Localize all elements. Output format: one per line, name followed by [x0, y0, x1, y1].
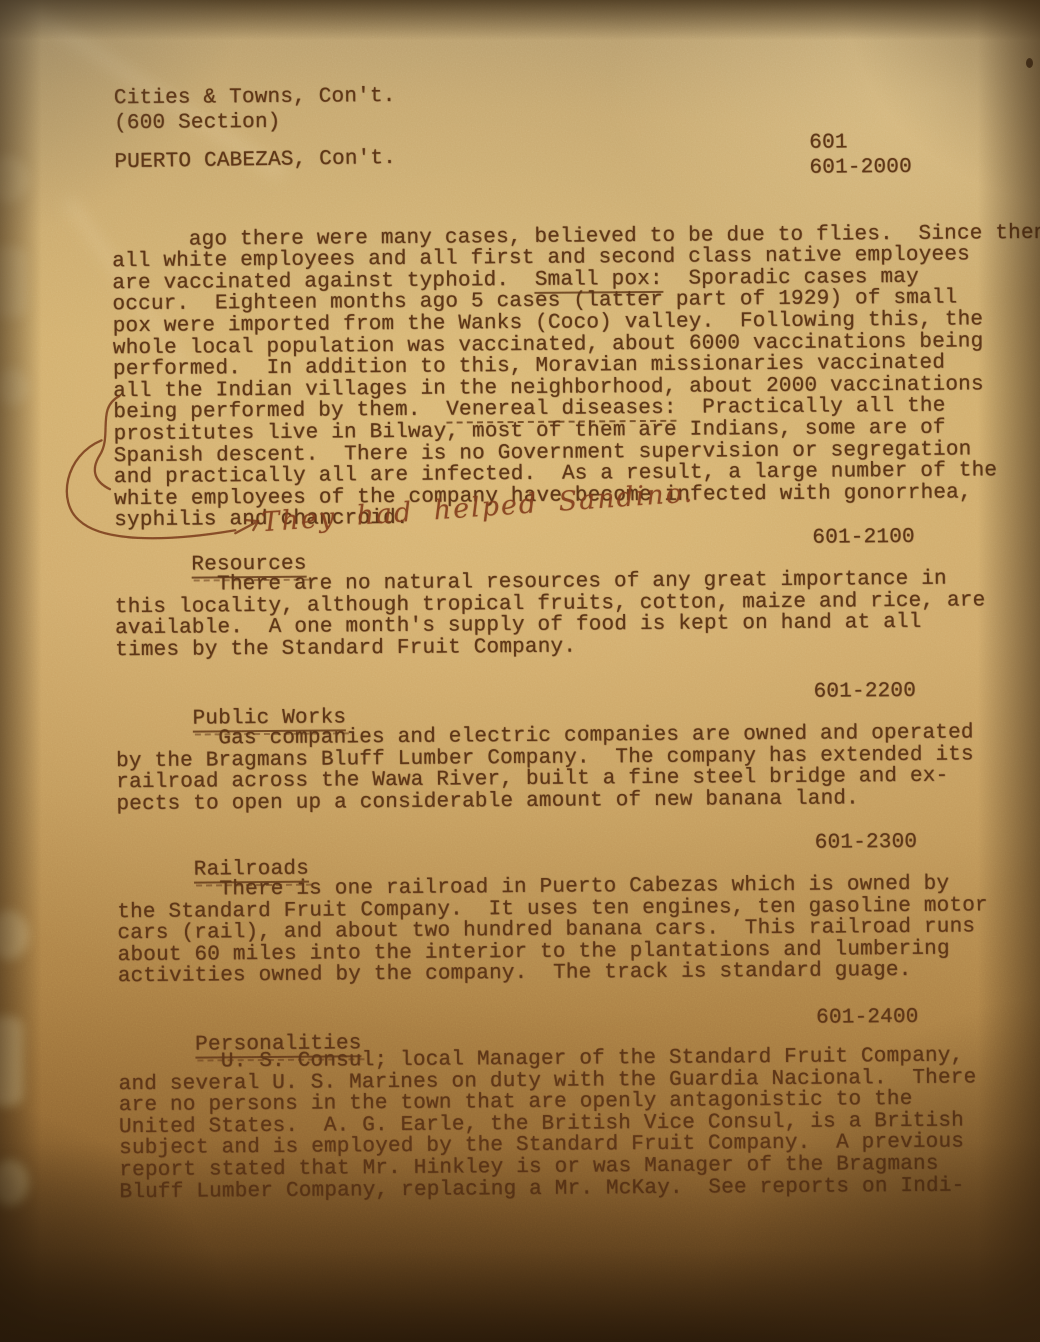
page-ref-number: 601 — [809, 132, 848, 154]
section-body-resources: There are no natural resources of any gr… — [115, 568, 986, 661]
typed-content: Cities & Towns, Con't. (600 Section) PUE… — [0, 0, 1040, 1342]
section-ref-resources: 601-2100 — [812, 527, 915, 549]
section-ref-railroads: 601-2300 — [815, 832, 918, 854]
doc-header-continuation: Cities & Towns, Con't. — [114, 86, 396, 110]
section-body-public-works: Gas companies and electric companies are… — [116, 722, 974, 815]
doc-header-city: PUERTO CABEZAS, Con't. — [114, 148, 396, 174]
section-ref-personalities: 601-2400 — [816, 1007, 919, 1029]
section-ref-public-works: 601-2200 — [813, 681, 916, 703]
doc-header-section: (600 Section) — [114, 112, 281, 135]
section-ref-number: 601-2000 — [809, 157, 912, 179]
section-body-personalities: U. S. Consul; local Manager of the Stand… — [118, 1045, 977, 1203]
scanned-document-page: Cities & Towns, Con't. (600 Section) PUE… — [0, 0, 1040, 1342]
section-body-railroads: There is one railroad in Puerto Cabezas … — [117, 873, 988, 988]
